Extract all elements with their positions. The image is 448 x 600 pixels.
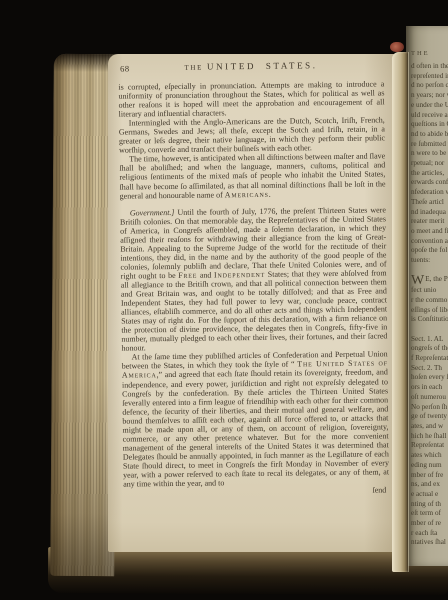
right-page-line-fragment: e under the U [406,101,448,111]
left-page: 68 TheUnited States. is corrupted, eſpec… [108,54,396,552]
right-page-line-fragment: d often in their [406,62,448,72]
right-page-line-fragment: ongreſs of the [406,344,448,354]
right-page-running-title: The [411,50,448,57]
right-page-line-fragment: ates, and w [406,422,448,432]
running-title-the: The [184,64,203,72]
right-page-line-fragment: nd inadequa [406,208,448,218]
right-page-line-fragment: uld receive an [406,111,448,121]
right-page-lines: d often in theirrepreſented in Cd no per… [406,62,448,548]
paragraph: Government.] Until the fourth of July, 1… [120,205,388,353]
right-page-line-fragment: r each ſta [406,529,448,539]
right-page-line-fragment: Theſe articl [406,198,448,208]
right-page-line-fragment: n years; nor w [406,91,448,101]
right-page-line-fragment: hich he ſhall [406,432,448,442]
right-page-line-fragment: re ſubmitted t [406,140,448,150]
right-page-line-fragment: fect unio [406,286,448,296]
right-page-line-fragment: eding num [406,461,448,471]
right-page-line-fragment: d no perſon con [406,81,448,91]
dropcap-letter: W [411,276,424,286]
right-page-line-fragment: convention at [406,237,448,247]
right-page-line-fragment: o meet and fix [406,227,448,237]
page-header: 68 TheUnited States. [118,57,384,75]
right-page-line-fragment: ntatives ſhal [406,538,448,548]
right-page-line-fragment: mber of fre [406,471,448,481]
headband [390,42,404,52]
right-page-line-fragment: erwards confi [406,178,448,188]
right-page-line-fragment: is Conſtitutio [406,315,448,325]
right-page-line-fragment: n were to be [406,149,448,159]
book-photo: The d often in theirrepreſented in Cd no… [0,0,448,600]
right-page-line-fragment: the articles, [406,169,448,179]
right-page-line-fragment: queſtions in C [406,120,448,130]
left-page-body: is corrupted, eſpecially in pronunciatio… [118,79,389,488]
right-page-line-fragment: ates which [406,451,448,461]
right-page-line-fragment: eſt term of [406,509,448,519]
right-page-line-fragment: eſſings of libe [406,306,448,316]
right-page-line-fragment: oſt numerou [406,393,448,403]
right-page-line-fragment: r the commo [406,296,448,306]
right-page-line-fragment: nfederation w [406,188,448,198]
right-page-line-fragment: tuents: [406,256,448,266]
right-page-line-fragment: rpetual; nor [406,159,448,169]
paragraph: At the ſame time they publiſhed articles… [122,350,390,489]
running-title-rest: United States. [207,60,318,71]
right-page-line-fragment: ns, and ex [406,480,448,490]
right-page-line-fragment: No perſon ſh [406,403,448,413]
right-page-line-fragment: f Repreſentati [406,354,448,364]
right-page-line-fragment: repreſented in C [406,72,448,82]
right-page-line-fragment: e actual e [406,490,448,500]
paragraph: The time, however, is anticipated when a… [119,152,386,200]
running-title: TheUnited States. [118,57,384,72]
paragraph: is corrupted, eſpecially in pronunciatio… [118,79,384,118]
right-page-line-fragment: opoſe the fol [406,246,448,256]
page-number: 68 [120,64,130,74]
right-page-line-fragment: nting of th [406,500,448,510]
right-page-line-fragment: reater merit [406,217,448,227]
right-page-line-fragment: mber of re [406,519,448,529]
gutter-spine [392,52,408,572]
left-page-content: 68 TheUnited States. is corrupted, eſpec… [118,57,390,553]
paragraph: Intermingled with the Anglo-Americans ar… [119,116,385,155]
right-page-line-fragment: Sect. 2. Th [406,364,448,374]
right-page-line-fragment: nd to abide by [406,130,448,140]
right-page-line-fragment [406,325,448,335]
right-page-line-fragment: hoſen every ſ [406,373,448,383]
right-page-line-fragment: Sect. 1. AL [406,335,448,345]
right-page-line-fragment: WE, the P [406,275,448,286]
right-page-line-fragment: ors in each [406,383,448,393]
right-page: The d often in theirrepreſented in Cd no… [406,26,448,566]
right-page-line-fragment: ge of twenty [406,412,448,422]
right-page-line-fragment: Repreſentat [406,441,448,451]
